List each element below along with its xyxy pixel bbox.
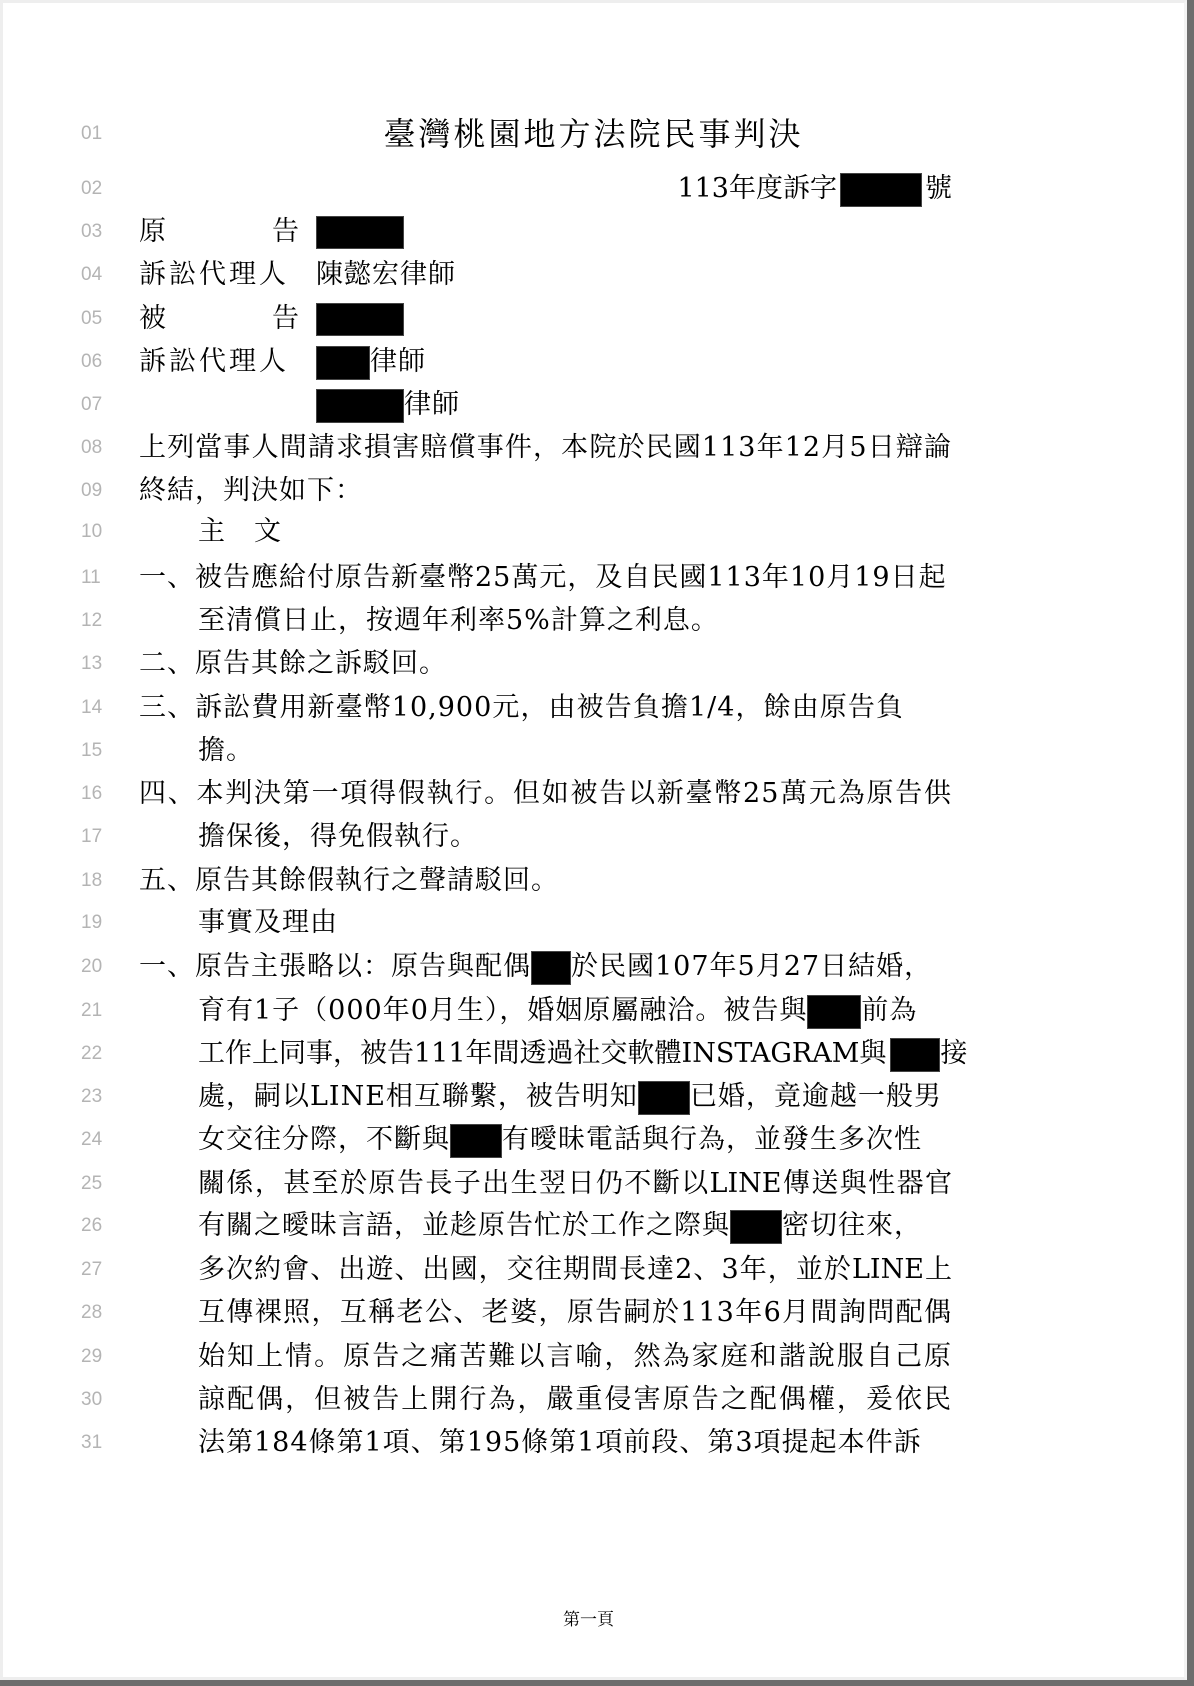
line-number: 09 [81, 479, 121, 503]
redaction-block [316, 389, 404, 423]
line-number: 29 [81, 1345, 121, 1369]
text-span: 接 [940, 1038, 967, 1069]
text-span: 密切往來， [782, 1210, 922, 1241]
line-number: 21 [81, 999, 121, 1023]
body-line: 諒配偶，但被告上開行為，嚴重侵害原告之配偶權，爰依民 [198, 1383, 952, 1417]
line-number: 22 [81, 1042, 121, 1066]
body-line: 至清償日止，按週年利率5%計算之利息。 [198, 604, 952, 638]
line-number: 04 [81, 263, 121, 287]
line-number: 07 [81, 393, 121, 417]
redaction-block [316, 346, 370, 380]
party-name-plaintiff-attorney: 陳懿宏律師 [316, 258, 456, 292]
role-char: 原 [139, 215, 166, 249]
body-line: 互傳裸照，互稱老公、老婆，原告嗣於113年6月間詢問配偶 [198, 1296, 952, 1330]
text-span: 有關之曖昧言語，並趁原告忙於工作之際與 [198, 1210, 730, 1241]
line-number: 24 [81, 1128, 121, 1152]
body-line: 女交往分際，不斷與有曖昧電話與行為，並發生多次性 [198, 1123, 952, 1158]
body-line: 上列當事人間請求損害賠償事件，本院於民國113年12月5日辯論 [139, 431, 952, 465]
role-label: 訴訟代理人 [139, 258, 289, 292]
case-number-prefix: 113年度訴字 [677, 173, 837, 204]
ruling-item-5: 五、原告其餘假執行之聲請駁回。 [139, 864, 952, 898]
section-heading-facts: 事實及理由 [198, 906, 952, 940]
line-number: 20 [81, 955, 121, 979]
party-role-defendant: 被 告 [139, 302, 299, 336]
text-span: 工作上同事，被告111年間透過社交軟體INSTAGRAM與 [198, 1038, 886, 1069]
line-number: 02 [81, 177, 121, 201]
line-number: 10 [81, 520, 121, 544]
line-number: 14 [81, 696, 121, 720]
text-span: 已婚，竟逾越一般男 [690, 1081, 942, 1112]
line-number: 16 [81, 782, 121, 806]
ruling-item-2: 二、原告其餘之訴駁回。 [139, 647, 952, 681]
body-line: 始知上情。原告之痛苦難以言喻，然為家庭和諧說服自己原 [198, 1340, 952, 1374]
section-heading-main-text: 主 文 [198, 515, 952, 549]
body-line: 法第184條第1項、第195條第1項前段、第3項提起本件訴 [198, 1426, 909, 1460]
body-line: 育有1子（000年0月生），婚姻原屬融洽。被告與前為 [198, 994, 952, 1029]
redaction-block [316, 216, 404, 249]
line-number: 19 [81, 911, 121, 935]
body-line: 一、原告主張略以：原告與配偶於民國107年5月27日結婚， [139, 950, 952, 985]
line-number: 26 [81, 1214, 121, 1238]
case-number-suffix: 號 [925, 173, 952, 204]
line-number: 06 [81, 350, 121, 374]
text-span: 一、原告主張略以：原告與配偶 [139, 951, 531, 982]
redaction-block [531, 951, 571, 985]
attorney-suffix: 律師 [370, 346, 426, 377]
role-char: 告 [272, 215, 299, 249]
party-name-plaintiff [316, 215, 404, 249]
text-span: 於民國107年5月27日結婚， [571, 951, 932, 982]
line-number: 30 [81, 1388, 121, 1412]
page-number-footer: 第一頁 [3, 1605, 1184, 1630]
redaction-block [638, 1081, 690, 1115]
text-span: 有曖昧電話與行為，並發生多次性 [502, 1124, 922, 1155]
line-number: 25 [81, 1172, 121, 1196]
line-number: 31 [81, 1431, 121, 1455]
redaction-block [807, 995, 861, 1029]
redaction-block [840, 173, 922, 207]
line-number: 08 [81, 436, 121, 460]
redaction-block [890, 1038, 940, 1072]
party-role-plaintiff-attorney: 訴訟代理人 [139, 258, 299, 292]
text-span: 前為 [861, 995, 917, 1026]
party-name-defendant-attorney-2: 律師 [316, 388, 460, 423]
line-number: 03 [81, 220, 121, 244]
body-line: 處，嗣以LINE相互聯繫，被告明知已婚，竟逾越一般男 [198, 1080, 952, 1115]
body-line: 有關之曖昧言語，並趁原告忙於工作之際與密切往來， [198, 1209, 952, 1244]
ruling-item-3: 三、訴訟費用新臺幣10,900元，由被告負擔1/4，餘由原告負 [139, 691, 904, 725]
party-name-defendant [316, 302, 404, 336]
line-number: 13 [81, 652, 121, 676]
redaction-block [730, 1210, 782, 1244]
role-char: 告 [272, 302, 299, 336]
ruling-item-1: 一、被告應給付原告新臺幣25萬元，及自民國113年10月19日起 [139, 561, 939, 595]
line-number: 18 [81, 869, 121, 893]
party-role-plaintiff: 原 告 [139, 215, 299, 249]
ruling-item-4: 四、本判決第一項得假執行。但如被告以新臺幣25萬元為原告供 [139, 777, 952, 811]
text-span: 育有1子（000年0月生），婚姻原屬融洽。被告與 [198, 995, 807, 1026]
line-number: 28 [81, 1301, 121, 1325]
document-page: 01 02 03 04 05 06 07 08 09 10 11 12 13 1… [0, 0, 1187, 1680]
party-role-defendant-attorney: 訴訟代理人 [139, 345, 299, 379]
line-number: 23 [81, 1085, 121, 1109]
body-line: 關係，甚至於原告長子出生翌日仍不斷以LINE傳送與性器官 [198, 1167, 952, 1201]
line-number: 15 [81, 739, 121, 763]
line-number: 05 [81, 307, 121, 331]
text-span: 女交往分際，不斷與 [198, 1124, 450, 1155]
redaction-block [316, 303, 404, 336]
body-line: 擔。 [198, 734, 952, 768]
line-number: 27 [81, 1258, 121, 1282]
body-line: 工作上同事，被告111年間透過社交軟體INSTAGRAM與接 [198, 1037, 952, 1072]
party-name-defendant-attorney-1: 律師 [316, 345, 426, 380]
role-label: 訴訟代理人 [139, 345, 289, 379]
line-number: 12 [81, 609, 121, 633]
document-title: 臺灣桃園地方法院民事判決 [3, 114, 1184, 154]
line-number: 11 [81, 566, 121, 590]
body-line: 擔保後，得免假執行。 [198, 820, 952, 854]
line-number: 17 [81, 825, 121, 849]
redaction-block [450, 1124, 502, 1158]
text-span: 處，嗣以LINE相互聯繫，被告明知 [198, 1081, 638, 1112]
case-number: 113年度訴字號 [677, 172, 952, 207]
role-char: 被 [139, 302, 166, 336]
body-line: 終結，判決如下： [139, 474, 952, 508]
attorney-suffix: 律師 [404, 389, 460, 420]
body-line: 多次約會、出遊、出國，交往期間長達2、3年，並於LINE上 [198, 1253, 952, 1287]
